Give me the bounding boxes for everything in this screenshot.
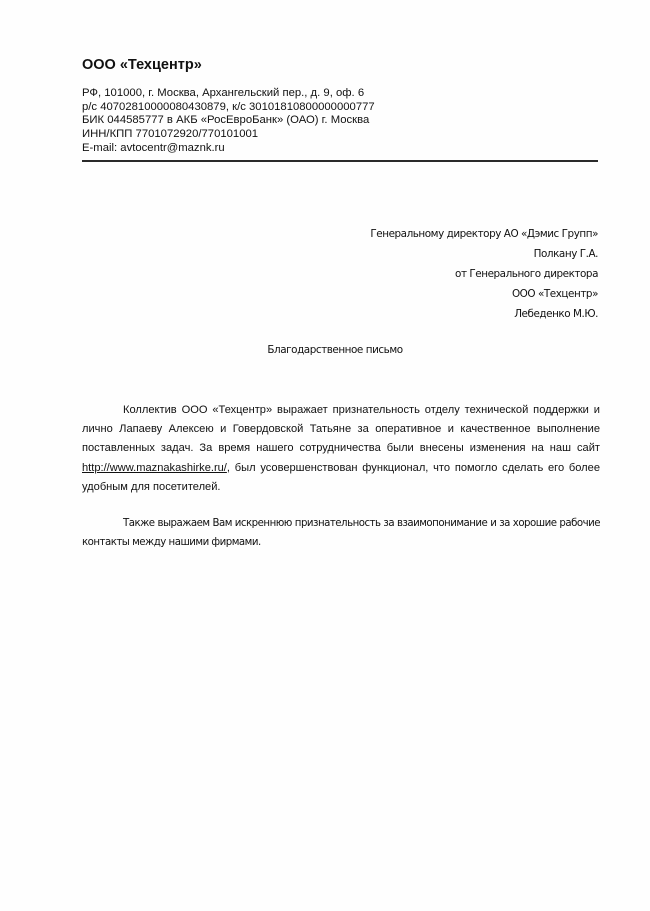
company-name: ООО «Техцентр» <box>82 57 202 73</box>
addressee-line: от Генерального директора <box>370 264 598 284</box>
addressee-line: ООО «Техцентр» <box>370 284 598 304</box>
document-title: Благодарственное письмо <box>0 344 650 356</box>
paragraph-gratitude: Коллектив ООО «Техцентр» выражает призна… <box>82 401 600 497</box>
company-address: РФ, 101000, г. Москва, Архангельский пер… <box>82 87 375 101</box>
paragraph-text: Также выражаем Вам искреннюю признательн… <box>82 518 600 548</box>
paragraph-text: Коллектив ООО «Техцентр» выражает призна… <box>82 404 600 454</box>
inn-kpp: ИНН/КПП 7701072920/770101001 <box>82 128 375 142</box>
company-email: E-mail: avtocentr@maznk.ru <box>82 142 375 156</box>
bank-account: р/с 40702810000080430879, к/с 3010181080… <box>82 101 375 115</box>
addressee-line: Полкану Г.А. <box>370 244 598 264</box>
website-link[interactable]: http://www.maznakashirke.ru/ <box>82 462 227 474</box>
letter-page: ООО «Техцентр» РФ, 101000, г. Москва, Ар… <box>0 0 650 911</box>
letterhead-divider <box>82 160 598 162</box>
paragraph-closing: Также выражаем Вам искреннюю признательн… <box>82 514 600 552</box>
company-requisites: РФ, 101000, г. Москва, Архангельский пер… <box>82 87 375 156</box>
addressee-block: Генеральному директору АО «Дэмис Групп» … <box>370 224 598 324</box>
addressee-line: Лебеденко М.Ю. <box>370 304 598 324</box>
addressee-line: Генеральному директору АО «Дэмис Групп» <box>370 224 598 244</box>
bank-details: БИК 044585777 в АКБ «РосЕвроБанк» (ОАО) … <box>82 114 375 128</box>
